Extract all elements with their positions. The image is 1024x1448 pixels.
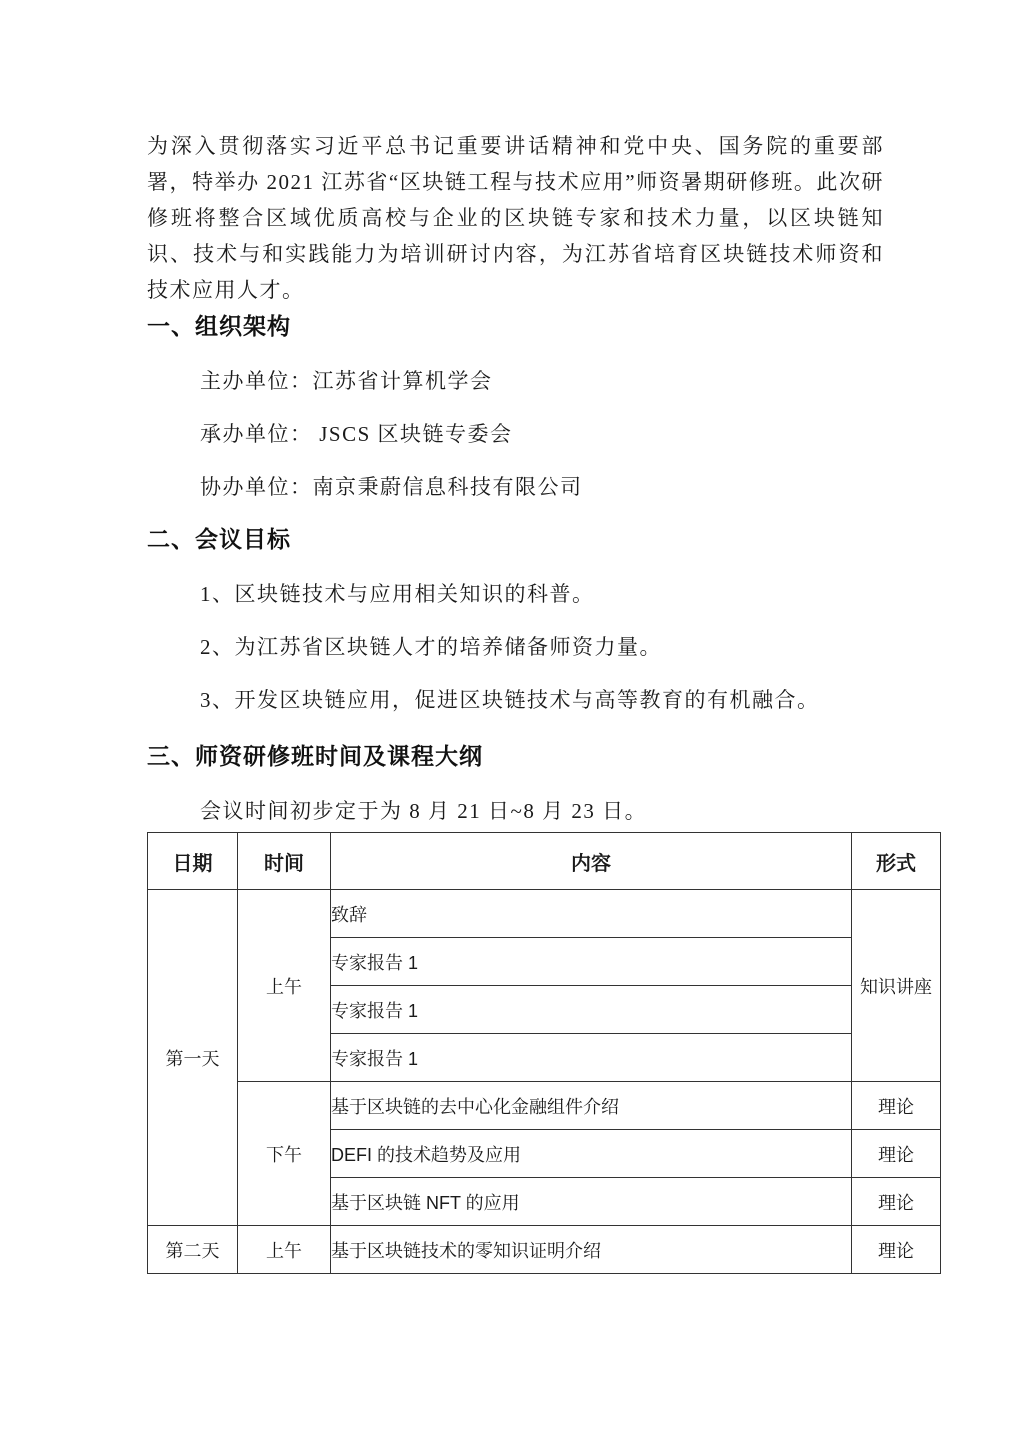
session-format: 理论	[852, 1130, 941, 1178]
day1-morning-format: 知识讲座	[852, 890, 941, 1082]
session-content: 基于区块链的去中心化金融组件介绍	[331, 1082, 852, 1130]
col-header-time: 时间	[238, 833, 331, 890]
intro-paragraph: 为深入贯彻落实习近平总书记重要讲话精神和党中央、国务院的重要部署，特举办 202…	[147, 128, 884, 308]
session-format: 理论	[852, 1178, 941, 1226]
col-header-format: 形式	[852, 833, 941, 890]
document-page: 为深入贯彻落实习近平总书记重要讲话精神和党中央、国务院的重要部署，特举办 202…	[0, 0, 1024, 1448]
col-header-date: 日期	[148, 833, 238, 890]
organizer-co-organizer: 协办单位：南京秉蔚信息科技有限公司	[200, 475, 964, 500]
section-heading-schedule: 三、师资研修班时间及课程大纲	[147, 741, 964, 771]
session-content: DEFI 的技术趋势及应用	[331, 1130, 852, 1178]
goal-item-2: 2、为江苏省区块链人才的培养储备师资力量。	[200, 635, 964, 660]
day1-afternoon-label: 下午	[238, 1082, 331, 1226]
session-content: 致辞	[331, 890, 852, 938]
session-format: 理论	[852, 1226, 941, 1274]
section-heading-organization: 一、组织架构	[147, 311, 964, 341]
session-format: 理论	[852, 1082, 941, 1130]
organizer-host: 主办单位：江苏省计算机学会	[200, 369, 964, 394]
day2-label: 第二天	[148, 1226, 238, 1274]
session-content: 基于区块链 NFT 的应用	[331, 1178, 852, 1226]
session-content: 专家报告 1	[331, 938, 852, 986]
session-content: 基于区块链技术的零知识证明介绍	[331, 1226, 852, 1274]
table-row: 第二天 上午 基于区块链技术的零知识证明介绍 理论	[148, 1226, 941, 1274]
day1-label: 第一天	[148, 890, 238, 1226]
day1-morning-label: 上午	[238, 890, 331, 1082]
table-row: 第一天 上午 致辞 知识讲座	[148, 890, 941, 938]
section-heading-goals: 二、会议目标	[147, 524, 964, 554]
organizer-undertaker: 承办单位： JSCS 区块链专委会	[200, 422, 964, 447]
goal-item-3: 3、开发区块链应用，促进区块链技术与高等教育的有机融合。	[200, 688, 964, 713]
day2-morning-label: 上午	[238, 1226, 331, 1274]
session-content: 专家报告 1	[331, 1034, 852, 1082]
schedule-table: 日期 时间 内容 形式 第一天 上午 致辞 知识讲座 专家报告 1 专家报告 1…	[147, 832, 941, 1274]
col-header-content: 内容	[331, 833, 852, 890]
goal-item-1: 1、区块链技术与应用相关知识的科普。	[200, 582, 964, 607]
table-row: 下午 基于区块链的去中心化金融组件介绍 理论	[148, 1082, 941, 1130]
session-content: 专家报告 1	[331, 986, 852, 1034]
table-header-row: 日期 时间 内容 形式	[148, 833, 941, 890]
meeting-time-note: 会议时间初步定于为 8 月 21 日~8 月 23 日。	[200, 799, 964, 824]
